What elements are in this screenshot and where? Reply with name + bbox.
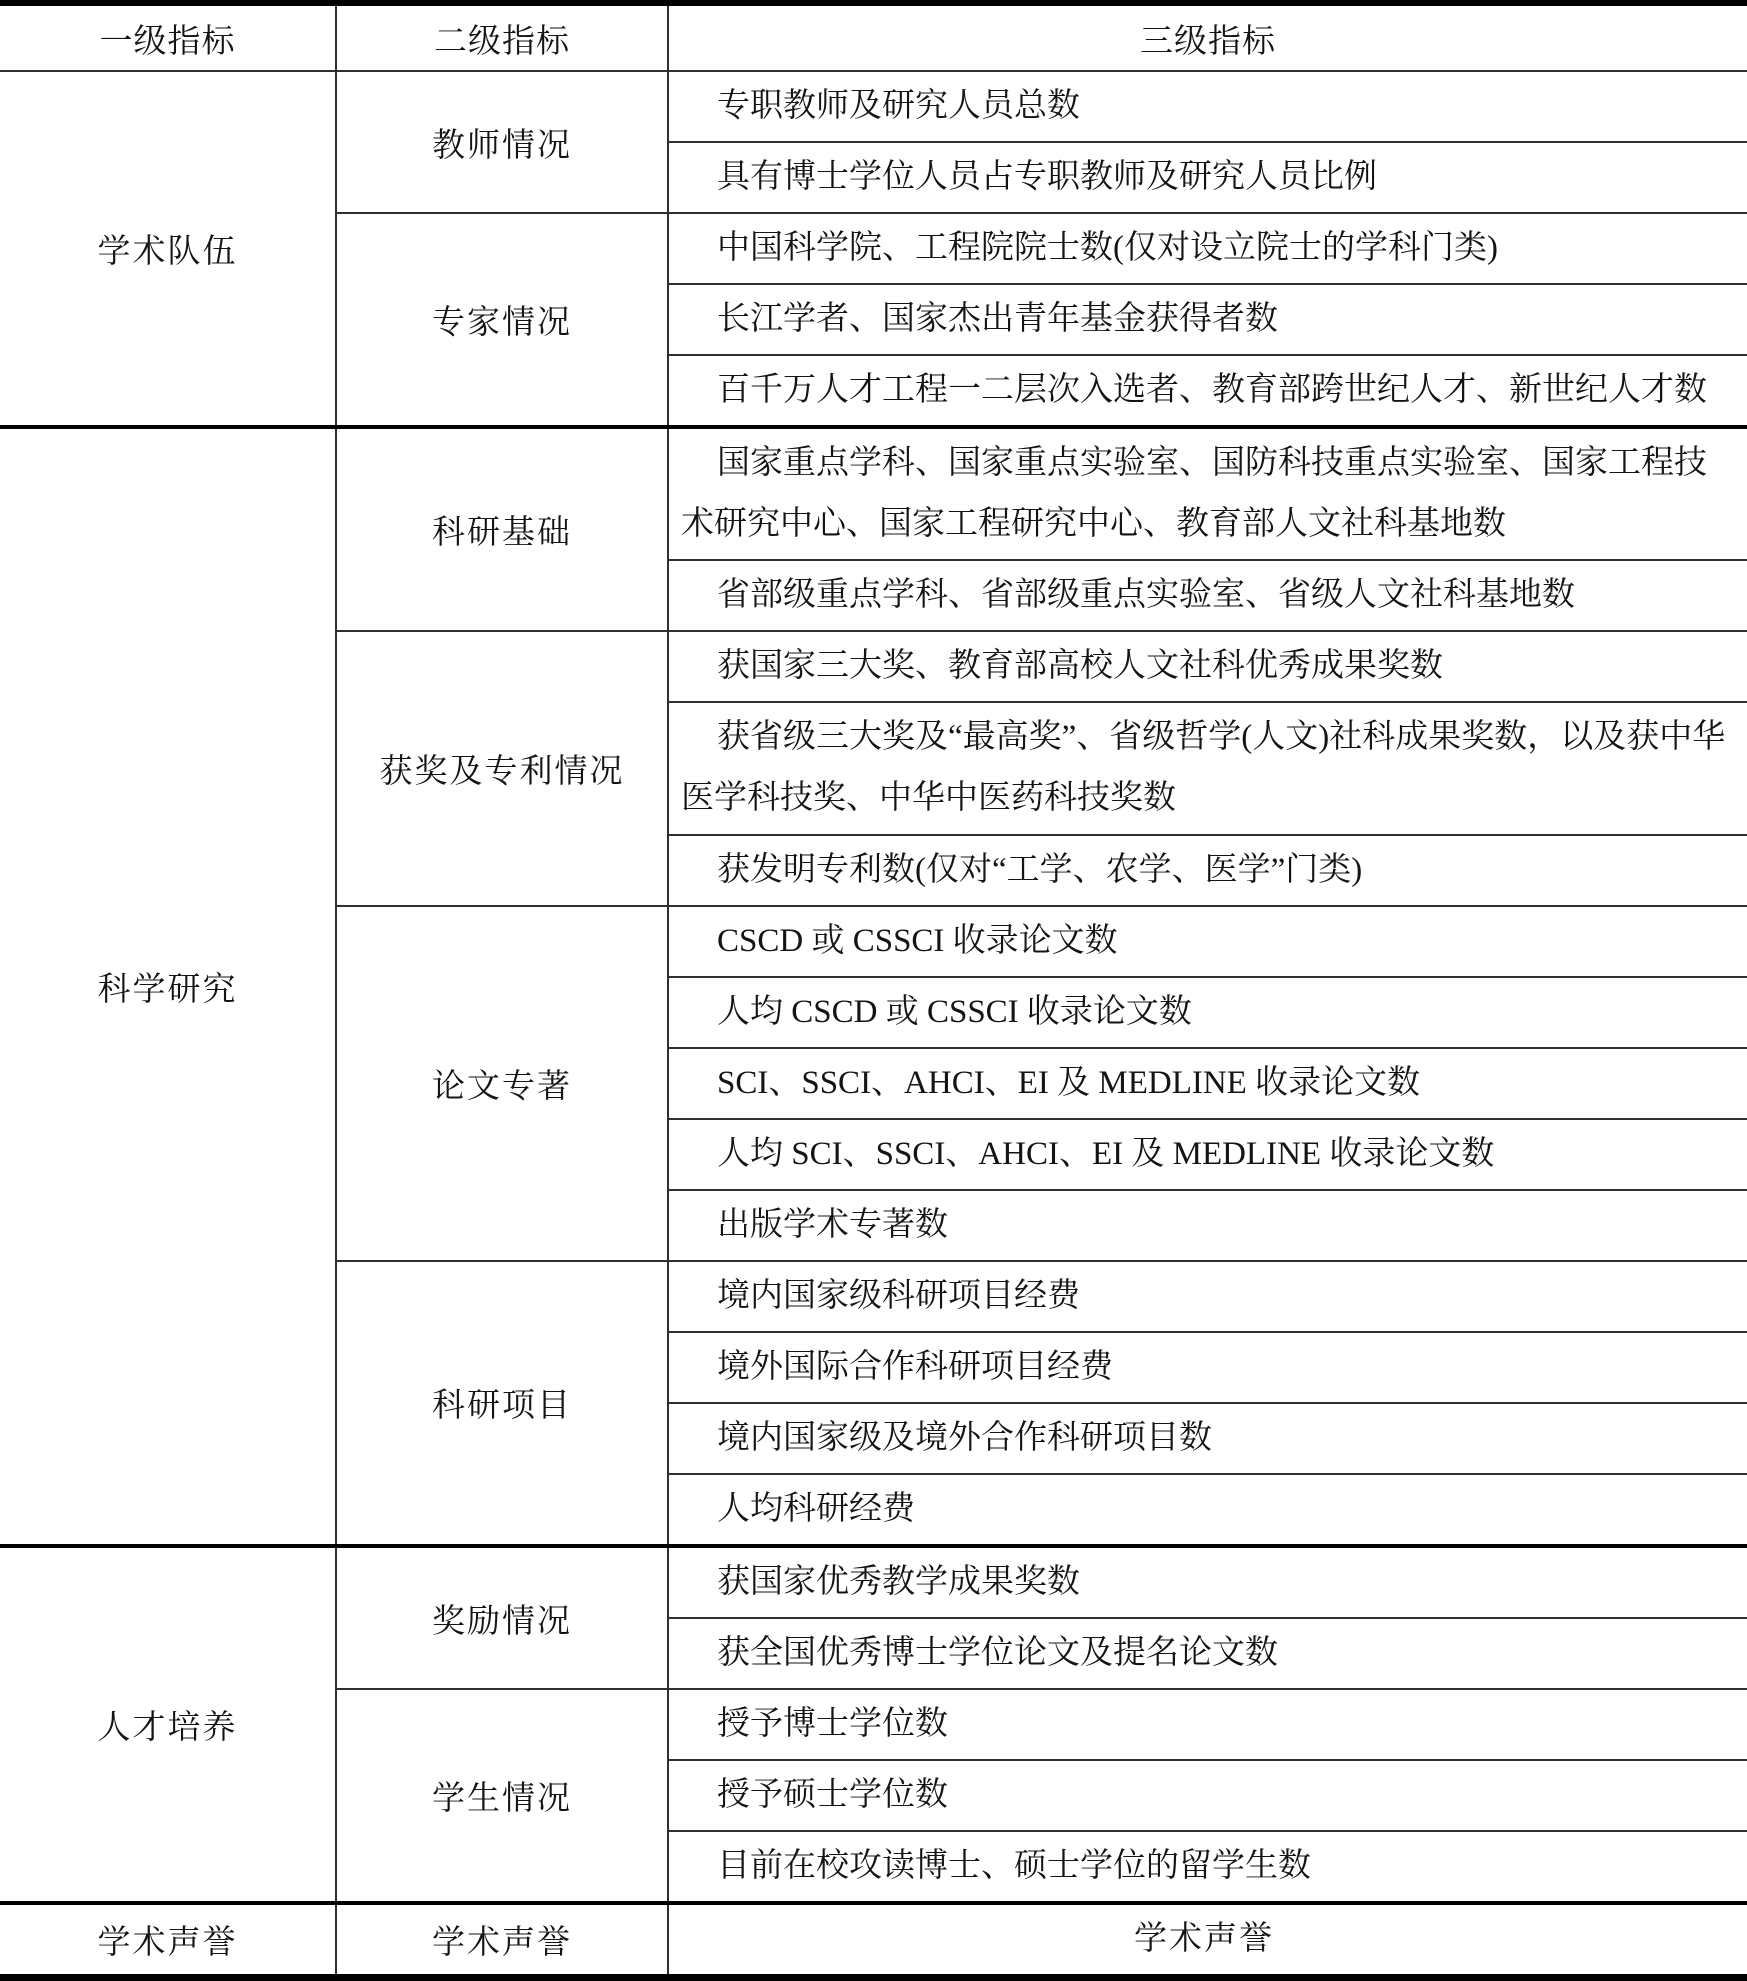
level3-cell: SCI、SSCI、AHCI、EI 及 MEDLINE 收录论文数 [668,1048,1747,1119]
level2-cell: 学生情况 [336,1689,668,1903]
header-row: 一级指标 二级指标 三级指标 [0,3,1747,71]
level3-cell: 境内国家级科研项目经费 [668,1261,1747,1332]
level2-cell: 获奖及专利情况 [336,631,668,905]
header-level1: 一级指标 [0,3,336,71]
table-row: 科学研究 科研基础 国家重点学科、国家重点实验室、国防科技重点实验室、国家工程技… [0,427,1747,560]
level2-cell: 科研项目 [336,1261,668,1546]
level3-cell: 获全国优秀博士学位论文及提名论文数 [668,1618,1747,1689]
level3-cell: 目前在校攻读博士、硕士学位的留学生数 [668,1831,1747,1903]
level2-cell: 学术声誉 [336,1903,668,1978]
level2-cell: 科研基础 [336,427,668,631]
level1-cell: 学术队伍 [0,71,336,427]
level1-cell: 科学研究 [0,427,336,1546]
level3-cell: 出版学术专著数 [668,1190,1747,1261]
level3-cell: 境内国家级及境外合作科研项目数 [668,1403,1747,1474]
header-level3: 三级指标 [668,3,1747,71]
document-page: 一级指标 二级指标 三级指标 学术队伍 教师情况 专职教师及研究人员总数 具有博… [0,0,1747,1981]
level3-cell: 获省级三大奖及“最高奖”、省级哲学(人文)社科成果奖数，以及获中华医学科技奖、中… [668,702,1747,834]
level2-cell: 专家情况 [336,213,668,427]
level3-cell: 具有博士学位人员占专职教师及研究人员比例 [668,142,1747,213]
level1-cell: 学术声誉 [0,1903,336,1978]
level3-cell: 人均 SCI、SSCI、AHCI、EI 及 MEDLINE 收录论文数 [668,1119,1747,1190]
level1-cell: 人才培养 [0,1546,336,1903]
level3-cell: 境外国际合作科研项目经费 [668,1332,1747,1403]
level3-cell: 省部级重点学科、省部级重点实验室、省级人文社科基地数 [668,560,1747,631]
level3-cell: 国家重点学科、国家重点实验室、国防科技重点实验室、国家工程技术研究中心、国家工程… [668,427,1747,560]
indicator-table: 一级指标 二级指标 三级指标 学术队伍 教师情况 专职教师及研究人员总数 具有博… [0,0,1747,1981]
level3-cell: CSCD 或 CSSCI 收录论文数 [668,906,1747,977]
level3-cell: 专职教师及研究人员总数 [668,71,1747,142]
level3-cell: 获国家三大奖、教育部高校人文社科优秀成果奖数 [668,631,1747,702]
header-level2: 二级指标 [336,3,668,71]
table-row: 学术队伍 教师情况 专职教师及研究人员总数 [0,71,1747,142]
level2-cell: 奖励情况 [336,1546,668,1689]
level3-cell: 获发明专利数(仅对“工学、农学、医学”门类) [668,835,1747,906]
table-row: 学术声誉 学术声誉 学术声誉 [0,1903,1747,1978]
level3-cell: 授予博士学位数 [668,1689,1747,1760]
level3-cell: 学术声誉 [668,1903,1747,1978]
level2-cell: 论文专著 [336,906,668,1261]
level3-cell: 授予硕士学位数 [668,1760,1747,1831]
level3-cell: 长江学者、国家杰出青年基金获得者数 [668,284,1747,355]
level3-cell: 百千万人才工程一二层次入选者、教育部跨世纪人才、新世纪人才数 [668,355,1747,427]
level3-cell: 人均 CSCD 或 CSSCI 收录论文数 [668,977,1747,1048]
level3-cell: 人均科研经费 [668,1474,1747,1546]
level2-cell: 教师情况 [336,71,668,213]
level3-cell: 中国科学院、工程院院士数(仅对设立院士的学科门类) [668,213,1747,284]
table-row: 人才培养 奖励情况 获国家优秀教学成果奖数 [0,1546,1747,1618]
level3-cell: 获国家优秀教学成果奖数 [668,1546,1747,1618]
